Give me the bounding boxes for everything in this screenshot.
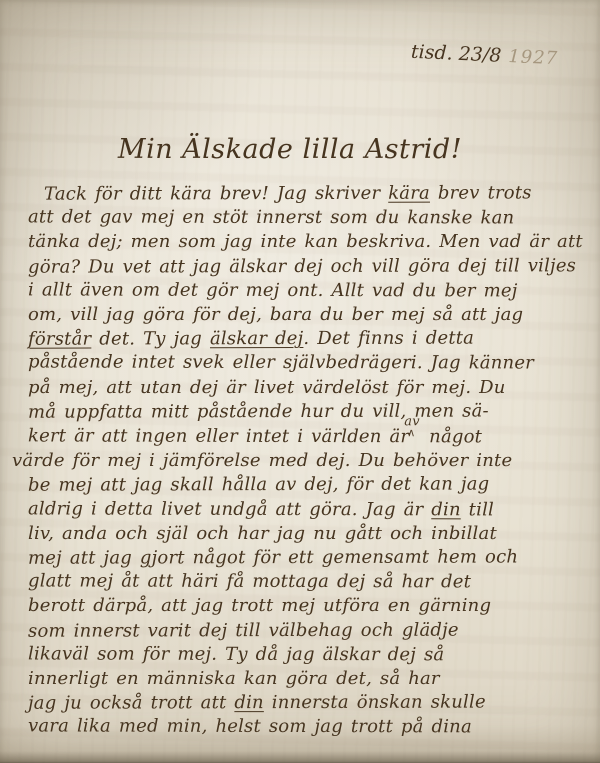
text-segment: jag ju också trott att	[28, 692, 234, 714]
text-segment: till	[461, 499, 494, 520]
underlined-word: älskar dej	[210, 328, 304, 349]
text-segment: tänka dej; men som jag inte kan beskriva…	[28, 231, 583, 252]
date-line: tisd. 23/81927	[410, 41, 558, 69]
salutation: Min Älskade lilla Astrid!	[0, 134, 580, 165]
text-segment: på mej, att utan dej är livet värdelöst …	[28, 377, 506, 398]
letter-line: mej att jag gjort något för ett gemensam…	[28, 545, 576, 571]
letter-line: tänka dej; men som jag inte kan beskriva…	[28, 230, 576, 254]
text-segment: aldrig i detta livet undgå att göra. Jag…	[28, 498, 431, 520]
letter-line: förstår det. Ty jag älskar dej. Det finn…	[28, 327, 576, 353]
text-segment: be mej att jag skall hålla av dej, för d…	[28, 474, 489, 496]
text-segment: innerligt en människa kan göra det, så h…	[28, 668, 440, 689]
text-segment: vara lika med min, helst som jag trott p…	[28, 716, 472, 738]
letter-line: kert är att ingen eller intet i världen …	[28, 423, 576, 449]
text-segment: mej att jag gjort något för ett gemensam…	[28, 546, 518, 568]
text-segment: glatt mej åt att häri få mottaga dej så …	[28, 571, 471, 593]
letter-line: att det gav mej en stöt innerst som du k…	[28, 206, 576, 231]
text-segment: påstående intet svek eller självbedräger…	[28, 352, 534, 374]
letter-line: i allt även om det gör mej ont. Allt vad…	[28, 278, 576, 303]
text-segment: något	[421, 426, 482, 447]
letter-line: vara lika med min, helst som jag trott p…	[28, 715, 576, 740]
letter-line: aldrig i detta livet undgå att göra. Jag…	[28, 497, 576, 522]
text-segment: likaväl som för mej. Ty då jag älskar de…	[28, 643, 444, 665]
text-segment: det. Ty jag	[91, 328, 210, 349]
letter-line: på mej, att utan dej är livet värdelöst …	[28, 376, 576, 400]
text-segment: . Det finns i detta	[303, 328, 474, 349]
text-segment: liv, anda och själ och har jag nu gått o…	[28, 523, 497, 544]
letter-line: värde för mej i jämförelse med dej. Du b…	[12, 449, 576, 473]
letter-line: liv, anda och själ och har jag nu gått o…	[28, 522, 576, 546]
letter-line: göra? Du vet att jag älskar dej och vill…	[28, 254, 576, 280]
letter-line: glatt mej åt att häri få mottaga dej så …	[28, 570, 576, 595]
letter-line: Tack för ditt kära brev! Jag skriver kär…	[28, 181, 576, 207]
letter-line: jag ju också trott att din innersta önsk…	[28, 691, 576, 717]
letter-line: om, vill jag göra för dej, bara du ber m…	[28, 303, 576, 327]
underlined-word: förstår	[28, 329, 91, 350]
underlined-word: din	[431, 499, 461, 520]
date-pencil-year: 1927	[508, 46, 559, 69]
letter-page: tisd. 23/81927 Min Älskade lilla Astrid!…	[0, 0, 600, 763]
inserted-word-above-line: av∧	[409, 424, 421, 442]
text-segment: kert är att ingen eller intet i världen …	[28, 425, 409, 447]
text-segment: i allt även om det gör mej ont. Allt vad…	[28, 279, 518, 301]
text-segment: som innerst varit dej till välbehag och …	[28, 619, 459, 641]
text-segment: göra? Du vet att jag älskar dej och vill…	[28, 255, 576, 277]
letter-line: som innerst varit dej till välbehag och …	[28, 618, 576, 644]
text-segment: att det gav mej en stöt innerst som du k…	[28, 207, 514, 229]
text-segment: berott därpå, att jag trott mej utföra e…	[28, 595, 491, 616]
date-ink: tisd. 23/8	[410, 41, 501, 67]
underlined-word: din	[234, 692, 264, 713]
text-segment: brev trots	[430, 182, 532, 203]
letter-line: må uppfatta mitt påstående hur du vill, …	[28, 399, 576, 425]
letter-body: Tack för ditt kära brev! Jag skriver kär…	[28, 182, 576, 740]
caret-mark: ∧	[407, 421, 415, 445]
letter-line: berott därpå, att jag trott mej utföra e…	[28, 594, 576, 618]
text-segment: om, vill jag göra för dej, bara du ber m…	[28, 304, 523, 325]
letter-line: be mej att jag skall hålla av dej, för d…	[28, 473, 576, 499]
text-segment: Tack för ditt kära brev! Jag skriver	[44, 183, 388, 205]
text-segment: värde för mej i jämförelse med dej. Du b…	[12, 450, 512, 471]
letter-line: likaväl som för mej. Ty då jag älskar de…	[28, 642, 576, 667]
letter-line: innerligt en människa kan göra det, så h…	[28, 667, 576, 691]
text-segment: innersta önskan skulle	[264, 692, 486, 714]
letter-line: påstående intet svek eller självbedräger…	[28, 351, 576, 376]
underlined-word: kära	[388, 183, 430, 204]
